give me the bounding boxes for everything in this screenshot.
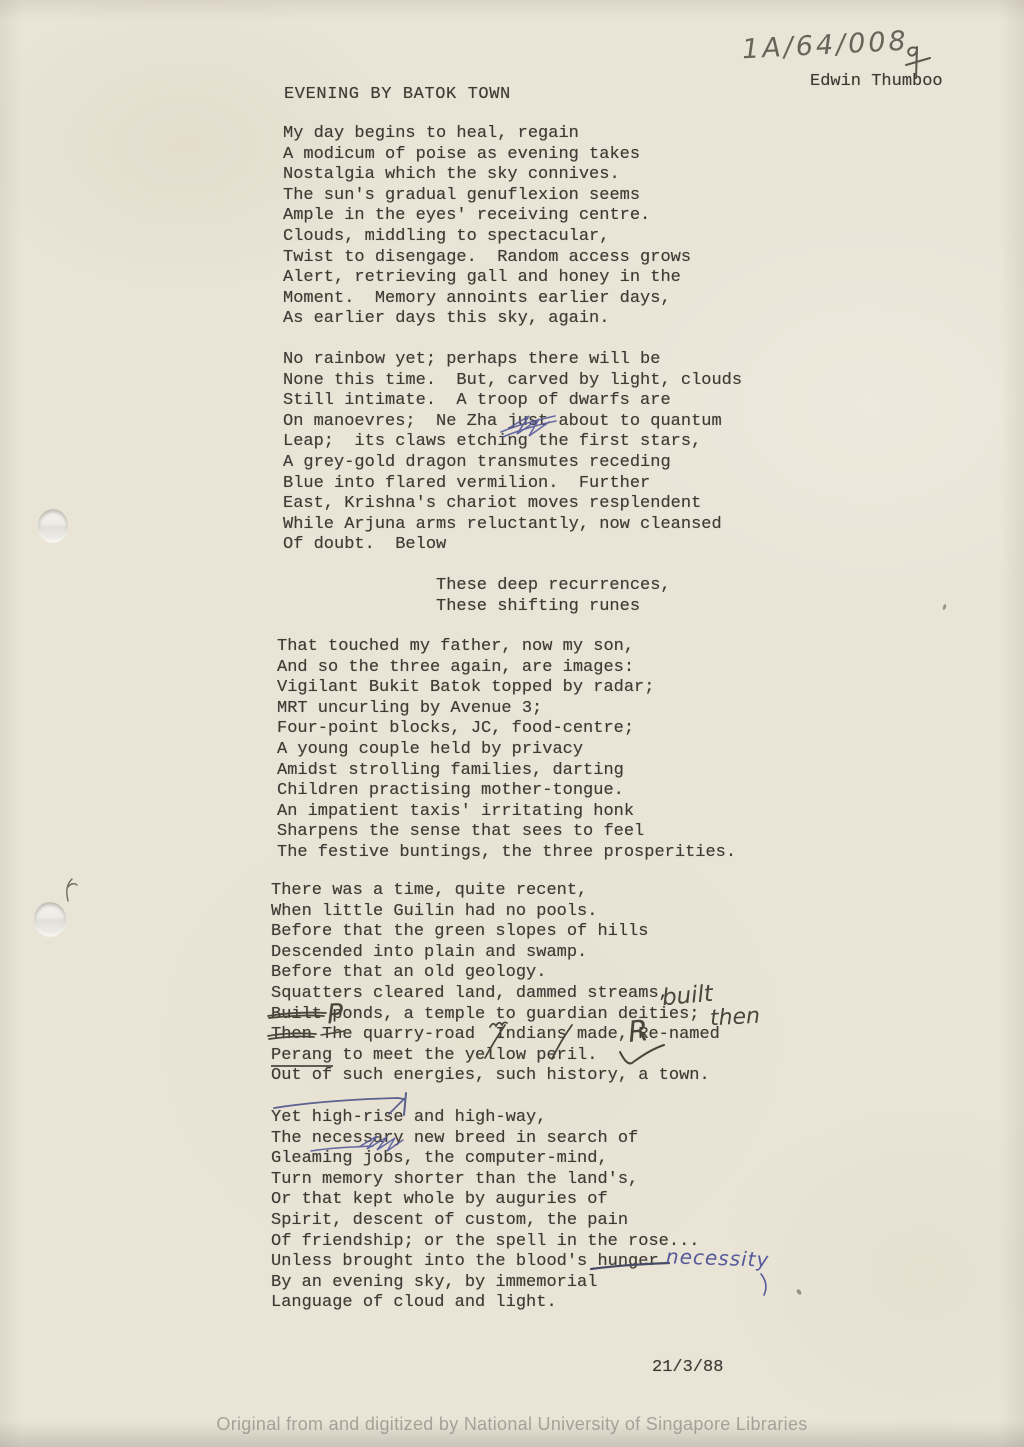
- poem-title: EVENING BY BATOK TOWN: [284, 85, 511, 106]
- poem-line: Four-point blocks, JC, food-centre;: [277, 719, 736, 740]
- punch-hole: [38, 509, 68, 542]
- vertical-tick-mark: [400, 1090, 410, 1118]
- poem-line: And so the three again, are images:: [277, 658, 736, 679]
- strike-built-line: [266, 1008, 328, 1022]
- poem-line: Ample in the eyes' receiving centre.: [283, 206, 691, 227]
- stanza-1: My day begins to heal, regainA modicum o…: [283, 124, 691, 330]
- strike-then-line: [266, 1029, 318, 1043]
- poem-line: No rainbow yet; perhaps there will be: [283, 350, 742, 371]
- scanned-typescript-page: 1A/64/008 Edwin Thumboo EVENING BY BATOK…: [0, 0, 1024, 1447]
- poem-line: Out of such energies, such history, a to…: [271, 1066, 720, 1087]
- poem-line: A young couple held by privacy: [277, 740, 736, 761]
- poem-line: Nostalgia which the sky connives.: [283, 165, 691, 186]
- poem-line: An impatient taxis' irritating honk: [277, 802, 736, 823]
- strike-hunger-line: [589, 1258, 673, 1274]
- insert-slash-caret: [480, 1018, 520, 1062]
- poem-line: Vigilant Bukit Batok topped by radar;: [277, 678, 736, 699]
- poem-line: Alert, retrieving gall and honey in the: [283, 268, 691, 289]
- poem-line: MRT uncurling by Avenue 3;: [277, 699, 736, 720]
- poem-line: Children practising mother-tongue.: [277, 781, 736, 802]
- poem-line: My day begins to heal, regain: [283, 124, 691, 145]
- digitization-watermark: Original from and digitized by National …: [0, 1414, 1024, 1435]
- stanza-couplet: These deep recurrences,These shifting ru…: [436, 576, 671, 617]
- checkmark-icon: [614, 1042, 668, 1068]
- poem-line: Amidst strolling families, darting: [277, 761, 736, 782]
- strike-just-scribble: [497, 410, 559, 442]
- stanza-3: That touched my father, now my son,And s…: [277, 637, 736, 864]
- margin-squiggle-mark: [56, 876, 80, 904]
- date-typed: 21/3/88: [652, 1358, 723, 1379]
- delete-s-slash: [548, 1022, 576, 1062]
- poem-line: When little Guilin had no pools.: [271, 902, 720, 923]
- poem-line: A modicum of poise as evening takes: [283, 145, 691, 166]
- capital-p-correction: P: [326, 998, 344, 1030]
- poem-line: Sharpens the sense that sees to feel: [277, 822, 736, 843]
- t-bar-mark: [319, 1028, 347, 1038]
- archive-code-handwriting: 1A/64/008: [741, 26, 909, 66]
- archive-code-text: 1A/64/008: [741, 26, 909, 66]
- poem-line: The sun's gradual genuflexion seems: [283, 186, 691, 207]
- perang-underline: [271, 1065, 333, 1067]
- poem-line: Descended into plain and swamp.: [271, 943, 720, 964]
- poem-line: Clouds, middling to spectacular,: [283, 227, 691, 248]
- stanza-2: No rainbow yet; perhaps there will beNon…: [283, 350, 742, 556]
- poem-line: Still intimate. A troop of dwarfs are: [283, 391, 742, 412]
- ink-speck: [942, 604, 947, 611]
- poem-line: Blue into flared vermilion. Further: [283, 474, 742, 495]
- poem-line: While Arjuna arms reluctantly, now clean…: [283, 515, 742, 536]
- poem-line: The festive buntings, the three prosperi…: [277, 843, 736, 864]
- necessary-scribble: [309, 1132, 411, 1158]
- poem-line: These deep recurrences,: [436, 576, 671, 597]
- inserted-necessity-handwriting: necessity: [666, 1244, 770, 1272]
- ink-speck: [796, 1288, 803, 1295]
- inserted-then-handwriting: then: [709, 1004, 760, 1032]
- poem-line: Of doubt. Below: [283, 535, 742, 556]
- poem-line: None this time. But, carved by light, cl…: [283, 371, 742, 392]
- poem-line: Moment. Memory annoints earlier days,: [283, 289, 691, 310]
- handwritten-flourish-icon: [904, 42, 932, 84]
- poem-line: Or that kept whole by auguries of: [271, 1190, 699, 1211]
- punch-hole: [34, 902, 66, 936]
- poem-line: That touched my father, now my son,: [277, 637, 736, 658]
- poem-line: Of friendship; or the spell in the rose.…: [271, 1232, 699, 1253]
- inserted-built-handwriting: built: [661, 981, 714, 1011]
- poem-line: A grey-gold dragon transmutes receding: [283, 453, 742, 474]
- margin-line-arrow: [272, 1092, 412, 1118]
- poem-line: Before that the green slopes of hills: [271, 922, 720, 943]
- poem-line: As earlier days this sky, again.: [283, 309, 691, 330]
- poem-line: Language of cloud and light.: [271, 1293, 699, 1314]
- poem-line: Spirit, descent of custom, the pain: [271, 1211, 699, 1232]
- poem-line: These shifting runes: [436, 597, 671, 618]
- poem-line: Before that an old geology.: [271, 963, 720, 984]
- poem-line: Turn memory shorter than the land's,: [271, 1170, 699, 1191]
- poem-line: There was a time, quite recent,: [271, 881, 720, 902]
- poem-line: East, Krishna's chariot moves resplenden…: [283, 494, 742, 515]
- poem-line: Twist to disengage. Random access grows: [283, 248, 691, 269]
- poem-line: By an evening sky, by immemorial: [271, 1273, 699, 1294]
- necessity-tail-stroke: [758, 1272, 772, 1298]
